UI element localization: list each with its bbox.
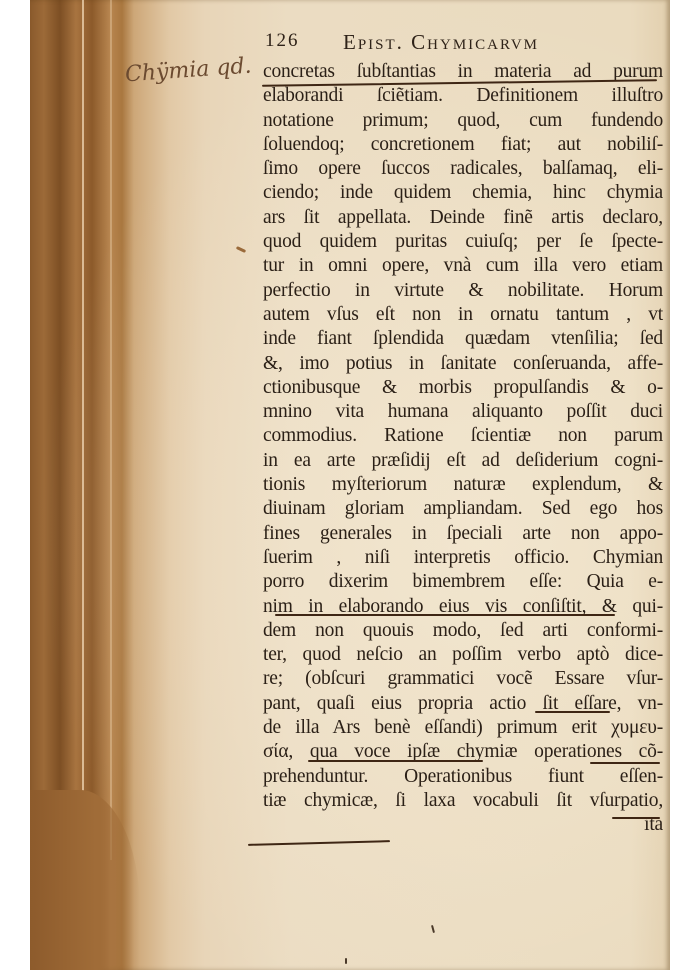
- text-line: dem non quouis modo, ſed arti conformi-: [263, 619, 663, 643]
- text-line: autem vſus eſt non in ornatu tantum , vt: [263, 303, 663, 327]
- text-line: diuinam gloriam ampliandam. Sed ego hos: [263, 497, 663, 521]
- ink-underline: [535, 711, 610, 713]
- text-line: ars ſit appellata. Deinde finẽ artis dec…: [263, 206, 663, 230]
- text-line: inde fiant ſplendida quædam vtenſilia; ſ…: [263, 327, 663, 351]
- text-line: tiæ chymicæ, ſi laxa vocabuli ſit vſurpa…: [263, 789, 663, 813]
- paper-speck: [345, 958, 347, 964]
- text-line: prehenduntur. Operationibus fiunt eſſen-: [263, 765, 663, 789]
- text-line: tur in omni opere, vnà cum illa vero eti…: [263, 254, 663, 278]
- water-stain: [30, 790, 140, 970]
- body-text: concretas ſubſtantias in materia ad puru…: [263, 60, 663, 838]
- text-line: porro dixerim bimembrem eſſe: Quia e-: [263, 570, 663, 594]
- text-line: ſoluendoq; concretionem fiat; aut nobili…: [263, 133, 663, 157]
- text-line: &, imo potius in ſanitate conſeruanda, a…: [263, 352, 663, 376]
- text-line: tionis myſteriorum naturæ explendum, &: [263, 473, 663, 497]
- text-line: de illa Ars benè eſſandi) primum erit χυ…: [263, 716, 663, 740]
- text-line: ſuerim , niſi interpretis officio. Chymi…: [263, 546, 663, 570]
- ink-underline: [308, 760, 483, 762]
- page-number: 126: [265, 30, 300, 52]
- text-line: in ea arte præſidij eſt ad deſiderium co…: [263, 449, 663, 473]
- catchword: ita: [263, 813, 663, 837]
- text-line: fines generales in ſpeciali arte non app…: [263, 522, 663, 546]
- text-line: mnino vita humana aliquanto poſſit duci: [263, 400, 663, 424]
- text-line: ter, quod neſcio an poſſim verbo aptò di…: [263, 643, 663, 667]
- ink-underline: [590, 762, 660, 764]
- running-head: 126 Epist. Chymicarvm: [265, 30, 605, 54]
- text-line: perfectio in virtute & nobilitate. Horum: [263, 279, 663, 303]
- ink-underline: [612, 817, 660, 819]
- text-line: re; (obſcuri grammatici vocẽ Essare vſur…: [263, 667, 663, 691]
- text-line: notatione primum; quod, cum fundendo: [263, 109, 663, 133]
- text-line: commodius. Ratione ſcientiæ non parum: [263, 424, 663, 448]
- text-line: ſimo opere ſuccos radicales, balſamaq, e…: [263, 157, 663, 181]
- ink-underline: [275, 614, 615, 616]
- gutter-crease: [82, 0, 84, 860]
- text-line: ciendo; inde quidem chemia, hinc chymia: [263, 181, 663, 205]
- running-title: Epist. Chymicarvm: [343, 30, 539, 55]
- text-line: quod quidem puritas cuiuſq; per ſe ſpect…: [263, 230, 663, 254]
- gutter-crease: [110, 0, 112, 860]
- text-line: ctionibusque & morbis propulſandis & o-: [263, 376, 663, 400]
- text-line: elaborandi ſciẽtiam. Definitionem illuſt…: [263, 84, 663, 108]
